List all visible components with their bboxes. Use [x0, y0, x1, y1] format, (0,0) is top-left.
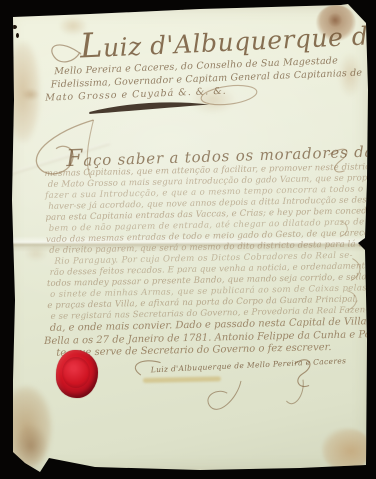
signature-smudge	[143, 376, 221, 383]
signature-descender-loop	[208, 381, 242, 410]
ink-speck	[181, 7, 184, 10]
title-swash	[52, 44, 82, 62]
closing-block: da, e onde mais convier. Dado e passado …	[50, 316, 361, 360]
body-text-block: mesmas Capitanias, que em attenção a fac…	[44, 162, 359, 323]
photo-background: Luiz d'Albuquerque de Mello Pereira e Ca…	[0, 0, 376, 479]
signature-tail-curl	[286, 380, 304, 404]
swash-divider	[89, 102, 209, 115]
manuscript-content: Luiz d'Albuquerque de Mello Pereira e Ca…	[0, 0, 376, 479]
red-wax-seal	[56, 350, 98, 398]
manuscript-paper: Luiz d'Albuquerque de Mello Pereira e Ca…	[0, 0, 376, 479]
governor-signature: Luiz d'Albuquerque de Mello Pereira e Ca…	[151, 356, 347, 374]
